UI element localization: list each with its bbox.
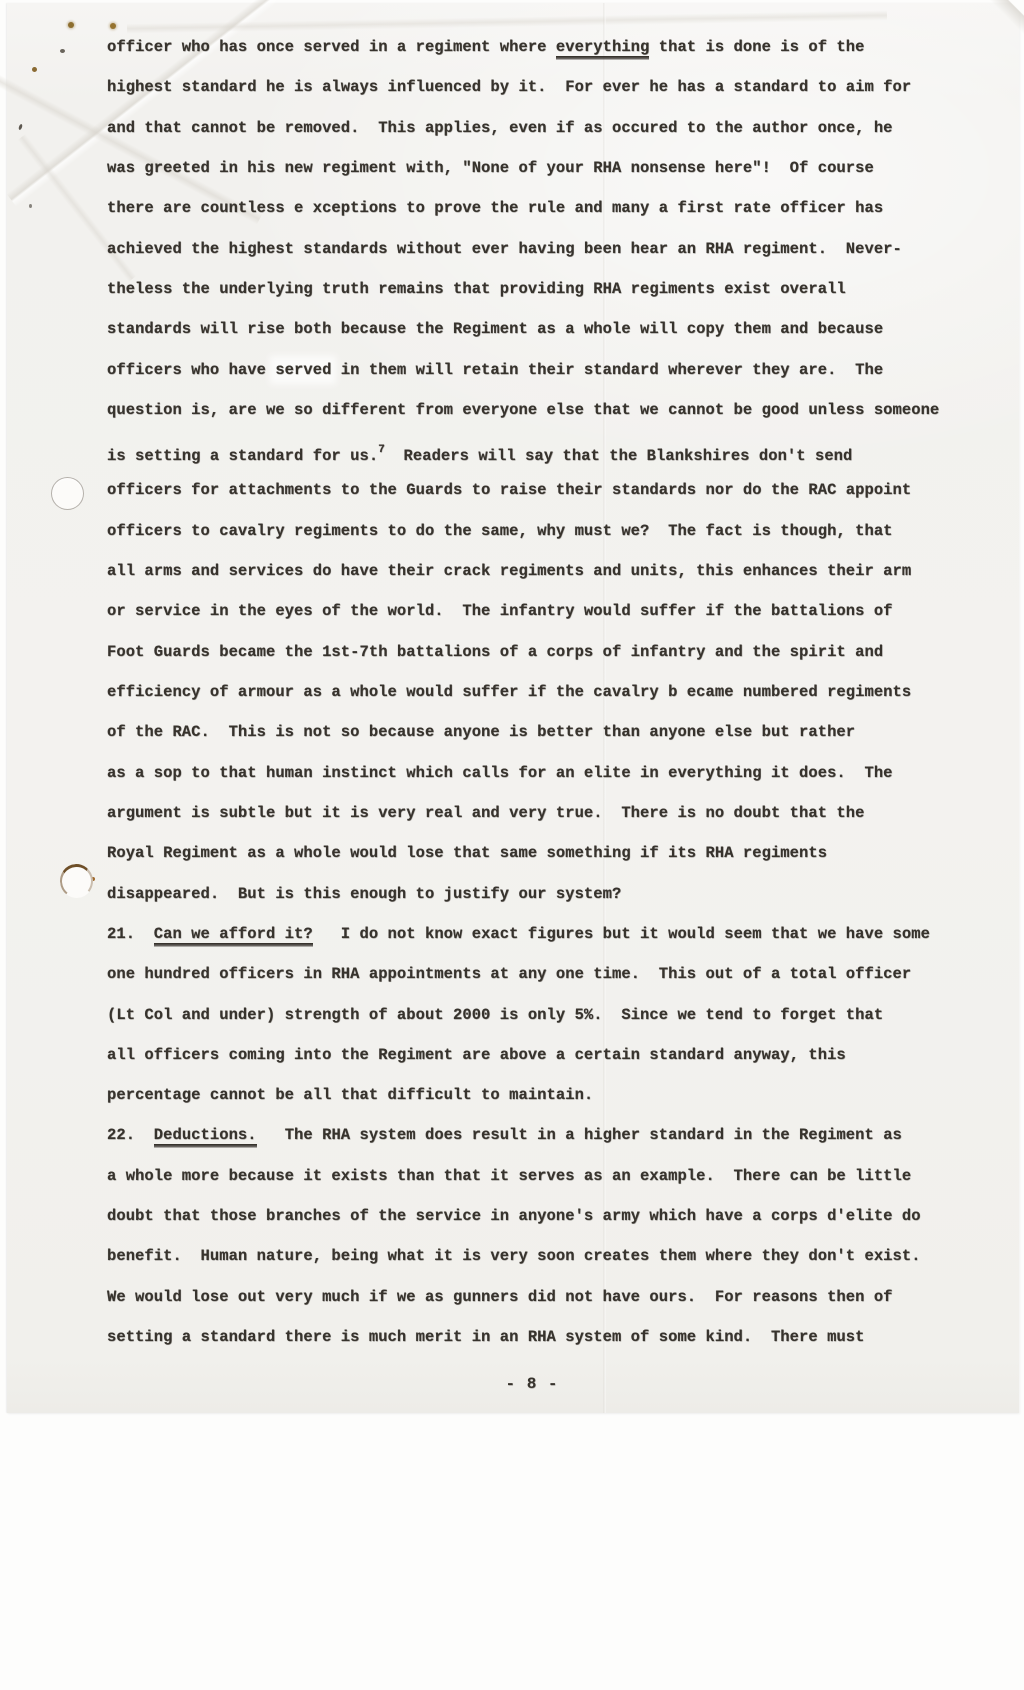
text-line: officers who have served in them will re… <box>107 350 987 390</box>
punch-hole <box>51 477 84 510</box>
typewritten-text: officer who has once served in a regimen… <box>107 27 987 1357</box>
text-segment: as a sop to that human instinct which ca… <box>107 764 893 782</box>
text-line: all officers coming into the Regiment ar… <box>107 1035 987 1075</box>
document-page: officer who has once served in a regimen… <box>7 3 1019 1413</box>
text-segment: (Lt Col and under) strength of about 200… <box>107 1006 883 1024</box>
text-segment: or service in the eyes of the world. The… <box>107 602 893 620</box>
text-segment: and that cannot be removed. This applies… <box>107 119 893 137</box>
text-segment: efficiency of armour as a whole would su… <box>107 683 911 701</box>
ink-speck <box>18 124 23 131</box>
page-number: - 8 - <box>7 1375 1024 1393</box>
underlined-text: everything <box>556 38 650 56</box>
text-segment: disappeared. But is this enough to justi… <box>107 885 621 903</box>
scanned-document: officer who has once served in a regimen… <box>0 0 1024 1690</box>
text-line: (Lt Col and under) strength of about 200… <box>107 995 987 1035</box>
text-segment: achieved the highest standards without e… <box>107 240 902 258</box>
text-segment: percentage cannot be all that difficult … <box>107 1086 593 1104</box>
text-line: benefit. Human nature, being what it is … <box>107 1236 987 1276</box>
text-line: or service in the eyes of the world. The… <box>107 591 987 631</box>
text-segment: officer who has once served in a regimen… <box>107 38 556 56</box>
text-line: officers for attachments to the Guards t… <box>107 470 987 510</box>
text-line: disappeared. But is this enough to justi… <box>107 874 987 914</box>
text-segment: one hundred officers in RHA appointments… <box>107 965 911 983</box>
text-segment: 22. <box>107 1126 154 1144</box>
text-segment: Royal Regiment as a whole would lose tha… <box>107 844 827 862</box>
text-line: percentage cannot be all that difficult … <box>107 1075 987 1115</box>
text-segment: of the RAC. This is not so because anyon… <box>107 723 855 741</box>
text-line: officers to cavalry regiments to do the … <box>107 511 987 551</box>
text-segment: Readers will say that the Blankshires do… <box>385 447 853 465</box>
ink-speck <box>29 204 32 208</box>
text-line: achieved the highest standards without e… <box>107 229 987 269</box>
text-segment: benefit. Human nature, being what it is … <box>107 1247 921 1265</box>
superscript-note: 7 <box>378 444 385 456</box>
text-segment: there are countless e xceptions to prove… <box>107 199 883 217</box>
text-segment: all arms and services do have their crac… <box>107 562 911 580</box>
rust-speck <box>68 22 74 28</box>
text-line: Foot Guards became the 1st-7th battalion… <box>107 632 987 672</box>
text-line: argument is subtle but it is very real a… <box>107 793 987 833</box>
underlined-text: Deductions. <box>154 1126 257 1144</box>
text-segment: a whole more because it exists than that… <box>107 1167 911 1185</box>
text-line: was greeted in his new regiment with, "N… <box>107 148 987 188</box>
rust-speck <box>32 67 37 72</box>
text-segment: that is done is of the <box>649 38 864 56</box>
text-line: We would lose out very much if we as gun… <box>107 1277 987 1317</box>
text-line: question is, are we so different from ev… <box>107 390 987 430</box>
text-line: officer who has once served in a regimen… <box>107 27 987 67</box>
text-segment: The RHA system does result in a higher s… <box>257 1126 902 1144</box>
text-segment: 21. <box>107 925 154 943</box>
text-segment: argument is subtle but it is very real a… <box>107 804 864 822</box>
text-line: standards will rise both because the Reg… <box>107 309 987 349</box>
text-line: all arms and services do have their crac… <box>107 551 987 591</box>
text-segment: I do not know exact figures but it would… <box>313 925 930 943</box>
text-line: of the RAC. This is not so because anyon… <box>107 712 987 752</box>
text-line: 22. Deductions. The RHA system does resu… <box>107 1115 987 1155</box>
text-segment: in them will retain their standard where… <box>331 361 883 379</box>
text-line: 21. Can we afford it? I do not know exac… <box>107 914 987 954</box>
text-line: theless the underlying truth remains tha… <box>107 269 987 309</box>
text-segment: is setting a standard for us. <box>107 447 378 465</box>
text-segment: Foot Guards became the 1st-7th battalion… <box>107 643 883 661</box>
text-segment: was greeted in his new regiment with, "N… <box>107 159 874 177</box>
text-segment: highest standard he is always influenced… <box>107 78 911 96</box>
text-segment: question is, are we so different from ev… <box>107 401 939 419</box>
ink-speck <box>60 49 65 53</box>
text-line: one hundred officers in RHA appointments… <box>107 954 987 994</box>
text-segment: We would lose out very much if we as gun… <box>107 1288 893 1306</box>
text-segment: theless the underlying truth remains tha… <box>107 280 846 298</box>
text-segment: standards will rise both because the Reg… <box>107 320 883 338</box>
text-segment: served <box>275 361 331 379</box>
text-line: as a sop to that human instinct which ca… <box>107 753 987 793</box>
text-segment: setting a standard there is much merit i… <box>107 1328 864 1346</box>
text-line: a whole more because it exists than that… <box>107 1156 987 1196</box>
text-segment: officers to cavalry regiments to do the … <box>107 522 893 540</box>
text-segment: all officers coming into the Regiment ar… <box>107 1046 846 1064</box>
punch-hole <box>58 862 94 899</box>
text-segment: officers who have <box>107 361 275 379</box>
text-line: and that cannot be removed. This applies… <box>107 108 987 148</box>
text-line: setting a standard there is much merit i… <box>107 1317 987 1357</box>
text-line: is setting a standard for us.7 Readers w… <box>107 430 987 470</box>
text-line: efficiency of armour as a whole would su… <box>107 672 987 712</box>
text-segment: doubt that those branches of the service… <box>107 1207 921 1225</box>
text-line: Royal Regiment as a whole would lose tha… <box>107 833 987 873</box>
text-line: highest standard he is always influenced… <box>107 67 987 107</box>
text-segment: officers for attachments to the Guards t… <box>107 481 911 499</box>
text-line: there are countless e xceptions to prove… <box>107 188 987 228</box>
underlined-text: Can we afford it? <box>154 925 313 943</box>
text-line: doubt that those branches of the service… <box>107 1196 987 1236</box>
